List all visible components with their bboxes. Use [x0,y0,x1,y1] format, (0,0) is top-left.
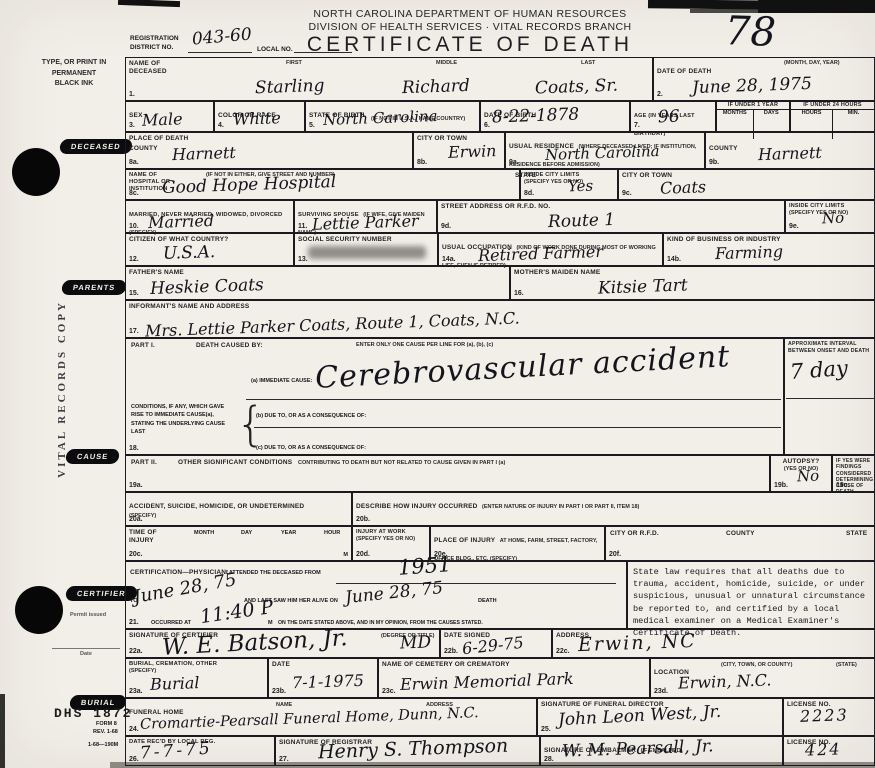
local-no-label: LOCAL NO. [257,46,293,53]
value-industry: Farming [715,244,784,262]
value-mother-name: Kitsie Tart [598,277,688,297]
tab-cause: CAUSE [65,449,120,464]
value-father-name: Heskie Coats [150,277,264,298]
field-if-under-24-hours: IF UNDER 24 HOURS HOURS MIN. [790,101,875,132]
value-residence-city: Coats [660,179,707,197]
value-usual-occupation: Retired Farmer [478,244,603,264]
value-autopsy: No [797,469,820,485]
value-date-received: 7-7-75 [139,740,213,762]
scan-artifact [118,0,180,7]
value-interval: 7 day [789,358,848,383]
registration-line [188,52,252,53]
value-sex: Male [142,111,183,128]
form-revision: REV. 1-68 [93,729,118,735]
registration-district-label: REGISTRATION DISTRICT NO. [130,34,179,52]
division-line: DIVISION OF HEALTH SERVICES · VITAL RECO… [250,21,690,33]
field-mother-name: MOTHER'S MAIDEN NAME 16. [510,266,875,300]
cause-line-a [246,399,781,400]
field-if-under-1-year: IF UNDER 1 YEAR MONTHS DAYS [716,101,790,132]
value-death-inside-city-limits: Yes [568,179,594,195]
punch-hole [12,148,60,196]
value-residence-county: Harnett [758,145,822,163]
print-instruction: TYPE, OR PRINT IN PERMANENT BLACK INK [22,58,126,90]
value-death-county: Harnett [172,145,236,163]
local-no-line [294,52,352,53]
value-date-of-birth: 8-22-1878 [492,106,580,126]
value-director-license: 2223 [800,707,849,725]
permit-date-label: Date [80,651,92,657]
value-surviving-spouse: Lettie Parker [312,213,419,233]
value-attended-from: 1951 [397,554,452,579]
value-burial-date: 7-1-1975 [292,673,364,691]
value-burial-location: Erwin, N.C. [678,672,772,691]
tab-parents: PARENTS [61,280,127,295]
interval-line [786,398,875,399]
form-print-run: 1-68—190M [88,742,118,748]
conditions-brace: { [236,397,265,451]
value-citizen-of: U.S.A. [163,244,216,263]
value-last-name: Coats, Sr. [535,78,619,98]
field-interval-column: APPROXIMATE INTERVAL BETWEEN ONSET AND D… [784,338,875,455]
value-certifier-degree: MD [400,634,432,652]
cause-line-b [254,427,781,428]
punch-hole [15,586,63,634]
value-burial-type: Burial [150,675,200,693]
value-residence-state: North Carolina [545,144,660,163]
registration-district-value: 043-60 [191,26,252,48]
conditions-note: CONDITIONS, IF ANY, WHICH GAVE RISE TO I… [131,403,237,436]
field-accident-type: ACCIDENT, SUICIDE, HOMICIDE, OR UNDETERM… [125,492,352,526]
value-embalmer-license: 424 [805,741,842,758]
form-code: DHS 1872 [54,706,132,721]
department-line: NORTH CAROLINA DEPARTMENT OF HUMAN RESOU… [250,8,690,20]
permit-issued-label: Permit issued [70,612,106,618]
value-first-name: Starling [255,78,325,97]
value-marital-status: Married [148,213,215,231]
value-residence-inside-city-limits: No [822,211,845,227]
value-middle-name: Richard [402,78,470,97]
value-age: 96 [658,109,680,127]
death-certificate-scan: TYPE, OR PRINT IN PERMANENT BLACK INK VI… [0,0,875,768]
scan-artifact [0,694,5,768]
field-place-of-death-county: PLACE OF DEATH COUNTY 8a. [125,132,413,169]
certificate-title: CERTIFICATE OF DEATH [290,33,650,57]
section-part2: PART II. OTHER SIGNIFICANT CONDITIONS CO… [125,455,770,492]
field-how-injury-occurred: DESCRIBE HOW INJURY OCCURRED (ENTER NATU… [352,492,875,526]
permit-date-line [52,648,120,649]
certificate-number: 78 [724,11,776,53]
value-certifier-address: Erwin, NC [578,632,697,655]
value-date-of-death: June 28, 1975 [692,76,812,97]
field-time-of-injury: TIME OF INJURY MONTH DAY YEAR HOUR 20c. … [125,526,352,561]
vital-records-copy-stamp: VITAL RECORDS COPY [56,300,68,478]
redacted-ssn-blur [308,246,426,259]
state-law-notice: State law requires that all deaths due t… [627,561,875,629]
form-number: FORM 8 [96,721,117,727]
field-autopsy-findings: IF YES WERE FINDINGS CONSIDERED DETERMIN… [832,455,875,492]
value-race: White [233,110,281,128]
field-injury-location: CITY OR R.F.D. COUNTY STATE 20f. [605,526,875,561]
tab-deceased: DECEASED [59,139,133,154]
value-state-of-birth: North Carolina [323,109,438,128]
value-street-address: Route 1 [548,212,616,231]
value-death-city: Erwin [448,143,497,161]
field-residence-city: CITY OR TOWN 9c. [618,169,875,200]
field-place-of-injury: PLACE OF INJURY AT HOME, FARM, STREET, F… [430,526,605,561]
